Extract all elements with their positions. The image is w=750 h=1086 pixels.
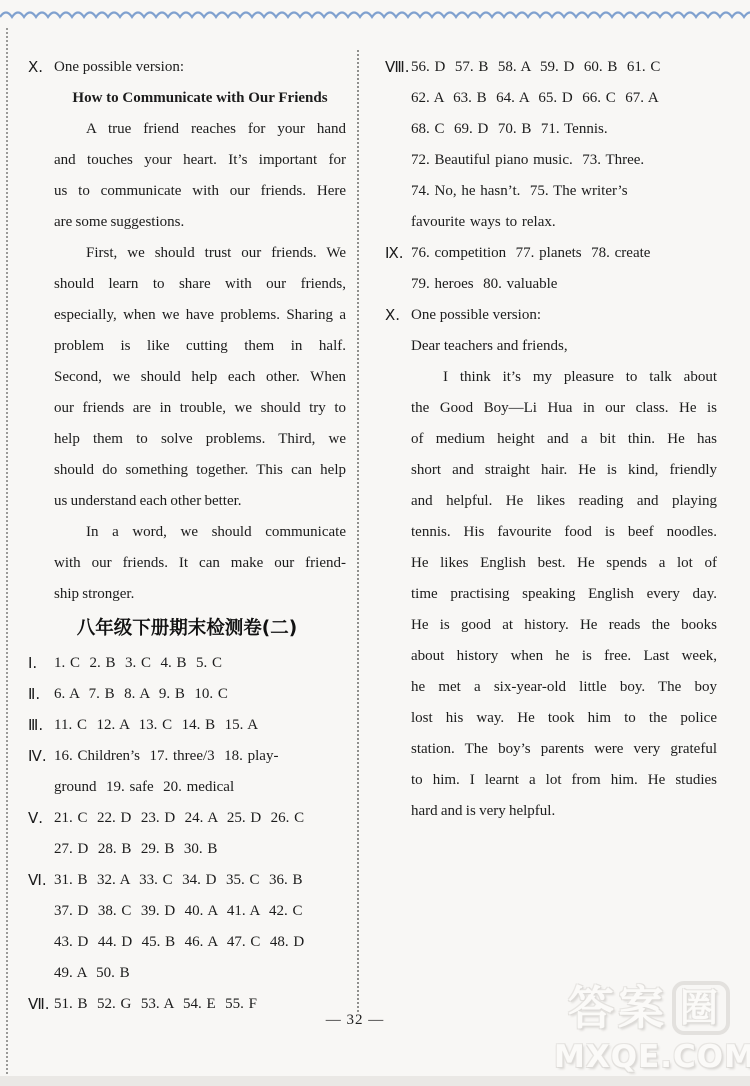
answer-group-3: Ⅲ. 11. C 12. A 13. C 14. B 15. A — [28, 710, 346, 741]
answer-line: 49. A 50. B — [54, 958, 346, 989]
essay-paragraph: First, we should trust our friends. Wesh… — [54, 238, 346, 517]
answer-group-4: Ⅳ. 16. Children’s 17. three/3 18. play-g… — [28, 741, 346, 803]
essay-paragraph: In a word, we should communicatewith our… — [54, 517, 346, 610]
answer-group-6: Ⅵ. 31. B 32. A 33. C 34. D 35. C 36. B37… — [28, 865, 346, 989]
text-line: short and straight hair. He is kind, fri… — [411, 455, 717, 486]
text-line: ship stronger. — [54, 579, 346, 610]
text-line: especially, when we have problems. Shari… — [54, 300, 346, 331]
answer-line: 37. D 38. C 39. D 40. A 41. A 42. C — [54, 896, 346, 927]
section-numeral: Ⅰ. — [28, 648, 54, 679]
column-divider-dotted-line — [357, 50, 359, 1012]
text-line: A true friend reaches for your hand — [54, 114, 346, 145]
section-numeral: Ⅹ. — [28, 52, 54, 83]
answer-lines: 56. D 57. B 58. A 59. D 60. B 61. C62. A… — [411, 52, 717, 238]
answer-line: 27. D 28. B 29. B 30. B — [54, 834, 346, 865]
section-numeral: Ⅳ. — [28, 741, 54, 772]
answer-group-5: Ⅴ. 21. C 22. D 23. D 24. A 25. D 26. C27… — [28, 803, 346, 865]
watermark-site-url: MXQE.COM — [554, 1040, 744, 1074]
section-x-left-content: One possible version: How to Communicate… — [54, 52, 346, 610]
essay-paragraph: I think it’s my pleasure to talk aboutth… — [411, 362, 717, 827]
text-line: hard and is very helpful. — [411, 796, 717, 827]
section-numeral: Ⅴ. — [28, 803, 54, 834]
section-x-left: Ⅹ. One possible version: How to Communic… — [28, 52, 346, 610]
answer-line: favourite ways to relax. — [411, 207, 717, 238]
left-column: Ⅹ. One possible version: How to Communic… — [28, 52, 346, 1020]
text-line: about history when he is free. Last week… — [411, 641, 717, 672]
answer-lines: 31. B 32. A 33. C 34. D 35. C 36. B37. D… — [54, 865, 346, 989]
answer-line: 1. C 2. B 3. C 4. B 5. C — [54, 648, 346, 679]
text-line: he met a six-year-old little boy. The bo… — [411, 672, 717, 703]
text-line: with our friends. It can make our friend… — [54, 548, 346, 579]
answer-line: 11. C 12. A 13. C 14. B 15. A — [54, 710, 346, 741]
text-line: He likes English best. He spends a lot o… — [411, 548, 717, 579]
possible-version-label: One possible version: — [411, 300, 717, 331]
decorative-wave-border — [0, 4, 750, 22]
text-line: He is good at history. He reads the book… — [411, 610, 717, 641]
right-column: Ⅷ. 56. D 57. B 58. A 59. D 60. B 61. C62… — [385, 52, 717, 827]
left-edge-dotted-line — [6, 28, 8, 1086]
section-x-right-content: One possible version: Dear teachers and … — [411, 300, 717, 827]
answer-group-2: Ⅱ. 6. A 7. B 8. A 9. B 10. C — [28, 679, 346, 710]
watermark-logo-text: 答案 圈 — [554, 980, 744, 1036]
watermark: 答案 圈 MXQE.COM — [554, 980, 744, 1074]
watermark-boxed-character: 圈 — [672, 981, 730, 1035]
answer-line: ground 19. safe 20. medical — [54, 772, 346, 803]
answer-line: 62. A 63. B 64. A 65. D 66. C 67. A — [411, 83, 717, 114]
answer-group-8: Ⅷ. 56. D 57. B 58. A 59. D 60. B 61. C62… — [385, 52, 717, 238]
answer-line: 72. Beautiful piano music. 73. Three. — [411, 145, 717, 176]
answer-lines: 11. C 12. A 13. C 14. B 15. A — [54, 710, 346, 741]
text-line: us understand each other better. — [54, 486, 346, 517]
text-line: time practising speaking English every d… — [411, 579, 717, 610]
section-numeral: Ⅷ. — [385, 52, 411, 83]
essay-title: How to Communicate with Our Friends — [54, 83, 346, 114]
watermark-characters: 答案 — [568, 980, 668, 1036]
text-line: should do something together. This can h… — [54, 455, 346, 486]
essay-paragraph: A true friend reaches for your handand t… — [54, 114, 346, 238]
answer-line: 76. competition 77. planets 78. create — [411, 238, 717, 269]
answer-line: 68. C 69. D 70. B 71. Tennis. — [411, 114, 717, 145]
section-numeral: Ⅲ. — [28, 710, 54, 741]
text-line: and touches your heart. It’s important f… — [54, 145, 346, 176]
answer-line: 16. Children’s 17. three/3 18. play- — [54, 741, 346, 772]
text-line: the Good Boy—Li Hua in our class. He is — [411, 393, 717, 424]
answer-line: 79. heroes 80. valuable — [411, 269, 717, 300]
text-line: problem is like cutting them in half. — [54, 331, 346, 362]
section-numeral: Ⅹ. — [385, 300, 411, 331]
text-line: In a word, we should communicate — [54, 517, 346, 548]
section-numeral: Ⅵ. — [28, 865, 54, 896]
text-line: are some suggestions. — [54, 207, 346, 238]
answer-lines: 16. Children’s 17. three/3 18. play-grou… — [54, 741, 346, 803]
text-line: of medium height and a bit thin. He has — [411, 424, 717, 455]
answer-key-page: Ⅹ. One possible version: How to Communic… — [0, 0, 750, 1086]
text-line: station. The boy’s parents were very gra… — [411, 734, 717, 765]
answer-lines: 76. competition 77. planets 78. create79… — [411, 238, 717, 300]
section-numeral: Ⅱ. — [28, 679, 54, 710]
answer-line: 56. D 57. B 58. A 59. D 60. B 61. C — [411, 52, 717, 83]
answer-line: 6. A 7. B 8. A 9. B 10. C — [54, 679, 346, 710]
text-line: Second, we should help each other. When — [54, 362, 346, 393]
answer-lines: 1. C 2. B 3. C 4. B 5. C — [54, 648, 346, 679]
section-x-right: Ⅹ. One possible version: Dear teachers a… — [385, 300, 717, 827]
answer-line: 21. C 22. D 23. D 24. A 25. D 26. C — [54, 803, 346, 834]
answer-group-9: Ⅸ. 76. competition 77. planets 78. creat… — [385, 238, 717, 300]
answer-lines: 6. A 7. B 8. A 9. B 10. C — [54, 679, 346, 710]
text-line: tennis. His favourite food is beef noodl… — [411, 517, 717, 548]
possible-version-label: One possible version: — [54, 52, 346, 83]
answer-line: 43. D 44. D 45. B 46. A 47. C 48. D — [54, 927, 346, 958]
answer-line: 74. No, he hasn’t. 75. The writer’s — [411, 176, 717, 207]
answer-lines: 21. C 22. D 23. D 24. A 25. D 26. C27. D… — [54, 803, 346, 865]
text-line: and helpful. He likes reading and playin… — [411, 486, 717, 517]
text-line: us to communicate with our friends. Here — [54, 176, 346, 207]
test-paper-title: 八年级下册期末检测卷(二) — [28, 617, 346, 641]
answer-line: 31. B 32. A 33. C 34. D 35. C 36. B — [54, 865, 346, 896]
text-line: First, we should trust our friends. We — [54, 238, 346, 269]
answer-group-1: Ⅰ. 1. C 2. B 3. C 4. B 5. C — [28, 648, 346, 679]
text-line: to him. I learnt a lot from him. He stud… — [411, 765, 717, 796]
letter-salutation: Dear teachers and friends, — [411, 331, 717, 362]
section-numeral: Ⅸ. — [385, 238, 411, 269]
text-line: should learn to share with our friends, — [54, 269, 346, 300]
text-line: help them to solve problems. Third, we — [54, 424, 346, 455]
text-line: our friends are in trouble, we should tr… — [54, 393, 346, 424]
text-line: I think it’s my pleasure to talk about — [411, 362, 717, 393]
text-line: lost his way. He took him to the police — [411, 703, 717, 734]
